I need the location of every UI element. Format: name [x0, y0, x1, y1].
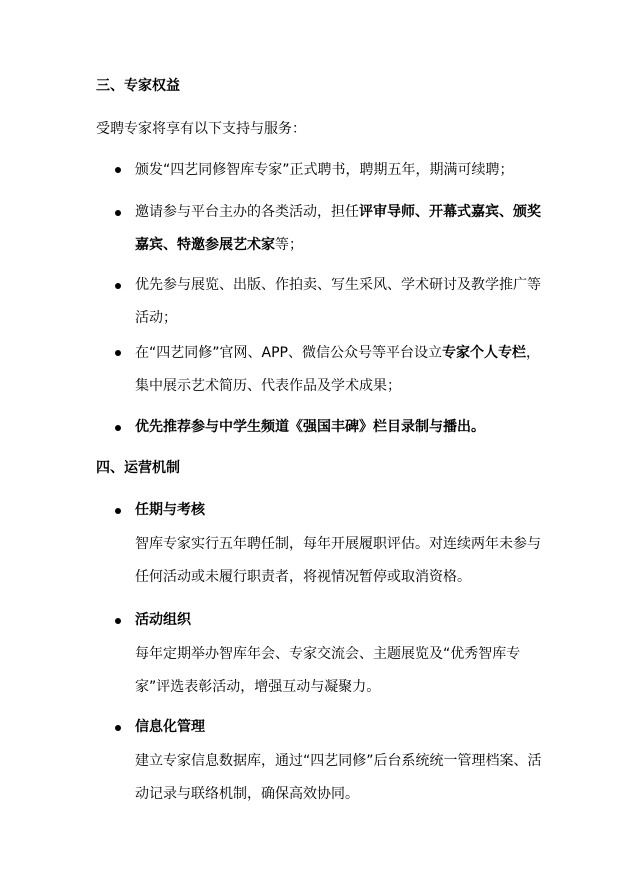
item-body: 每年定期举办智库年会、专家交流会、主题展览及“优秀智库专家”评选表彰活动，增强互… — [135, 638, 545, 704]
section-3-intro: 受聘专家将享有以下支持与服务： — [96, 119, 306, 139]
bullet-icon — [115, 210, 121, 216]
list-item: 颁发“四艺同修智库专家”正式聘书，聘期五年，期满可续聘； — [135, 154, 545, 187]
list-item: 在“四艺同修”官网、APP、微信公众号等平台设立专家个人专栏，集中展示艺术简历、… — [135, 337, 545, 403]
item-title: 活动组织 — [135, 610, 191, 630]
bullet-icon — [115, 725, 121, 731]
bullet-icon — [115, 167, 121, 173]
list-item: 优先推荐参与中学生频道《强国丰碑》栏目录制与播出。 — [135, 411, 545, 444]
item-body: 智库专家实行五年聘任制，每年开展履职评估。对连续两年未参与任何活动或未履行职责者… — [135, 528, 545, 594]
item-title: 任期与考核 — [135, 500, 205, 520]
bullet-icon — [115, 618, 121, 624]
section-4-heading: 四、运营机制 — [96, 458, 180, 478]
list-item: 优先参与展览、出版、作拍卖、写生采风、学术研讨及教学推广等活动； — [135, 269, 545, 335]
list-item: 邀请参与平台主办的各类活动，担任评审导师、开幕式嘉宾、颁奖嘉宾、特邀参展艺术家等… — [135, 196, 545, 262]
section-3-heading: 三、专家权益 — [96, 76, 180, 96]
bullet-icon — [115, 508, 121, 514]
bullet-icon — [115, 283, 121, 289]
document-page: 三、专家权益 受聘专家将享有以下支持与服务： 颁发“四艺同修智库专家”正式聘书，… — [0, 0, 635, 896]
item-body: 建立专家信息数据库，通过“四艺同修”后台系统统一管理档案、活动记录与联络机制，确… — [135, 745, 545, 811]
bullet-icon — [115, 350, 121, 356]
bullet-icon — [115, 425, 121, 431]
item-title: 信息化管理 — [135, 717, 205, 737]
